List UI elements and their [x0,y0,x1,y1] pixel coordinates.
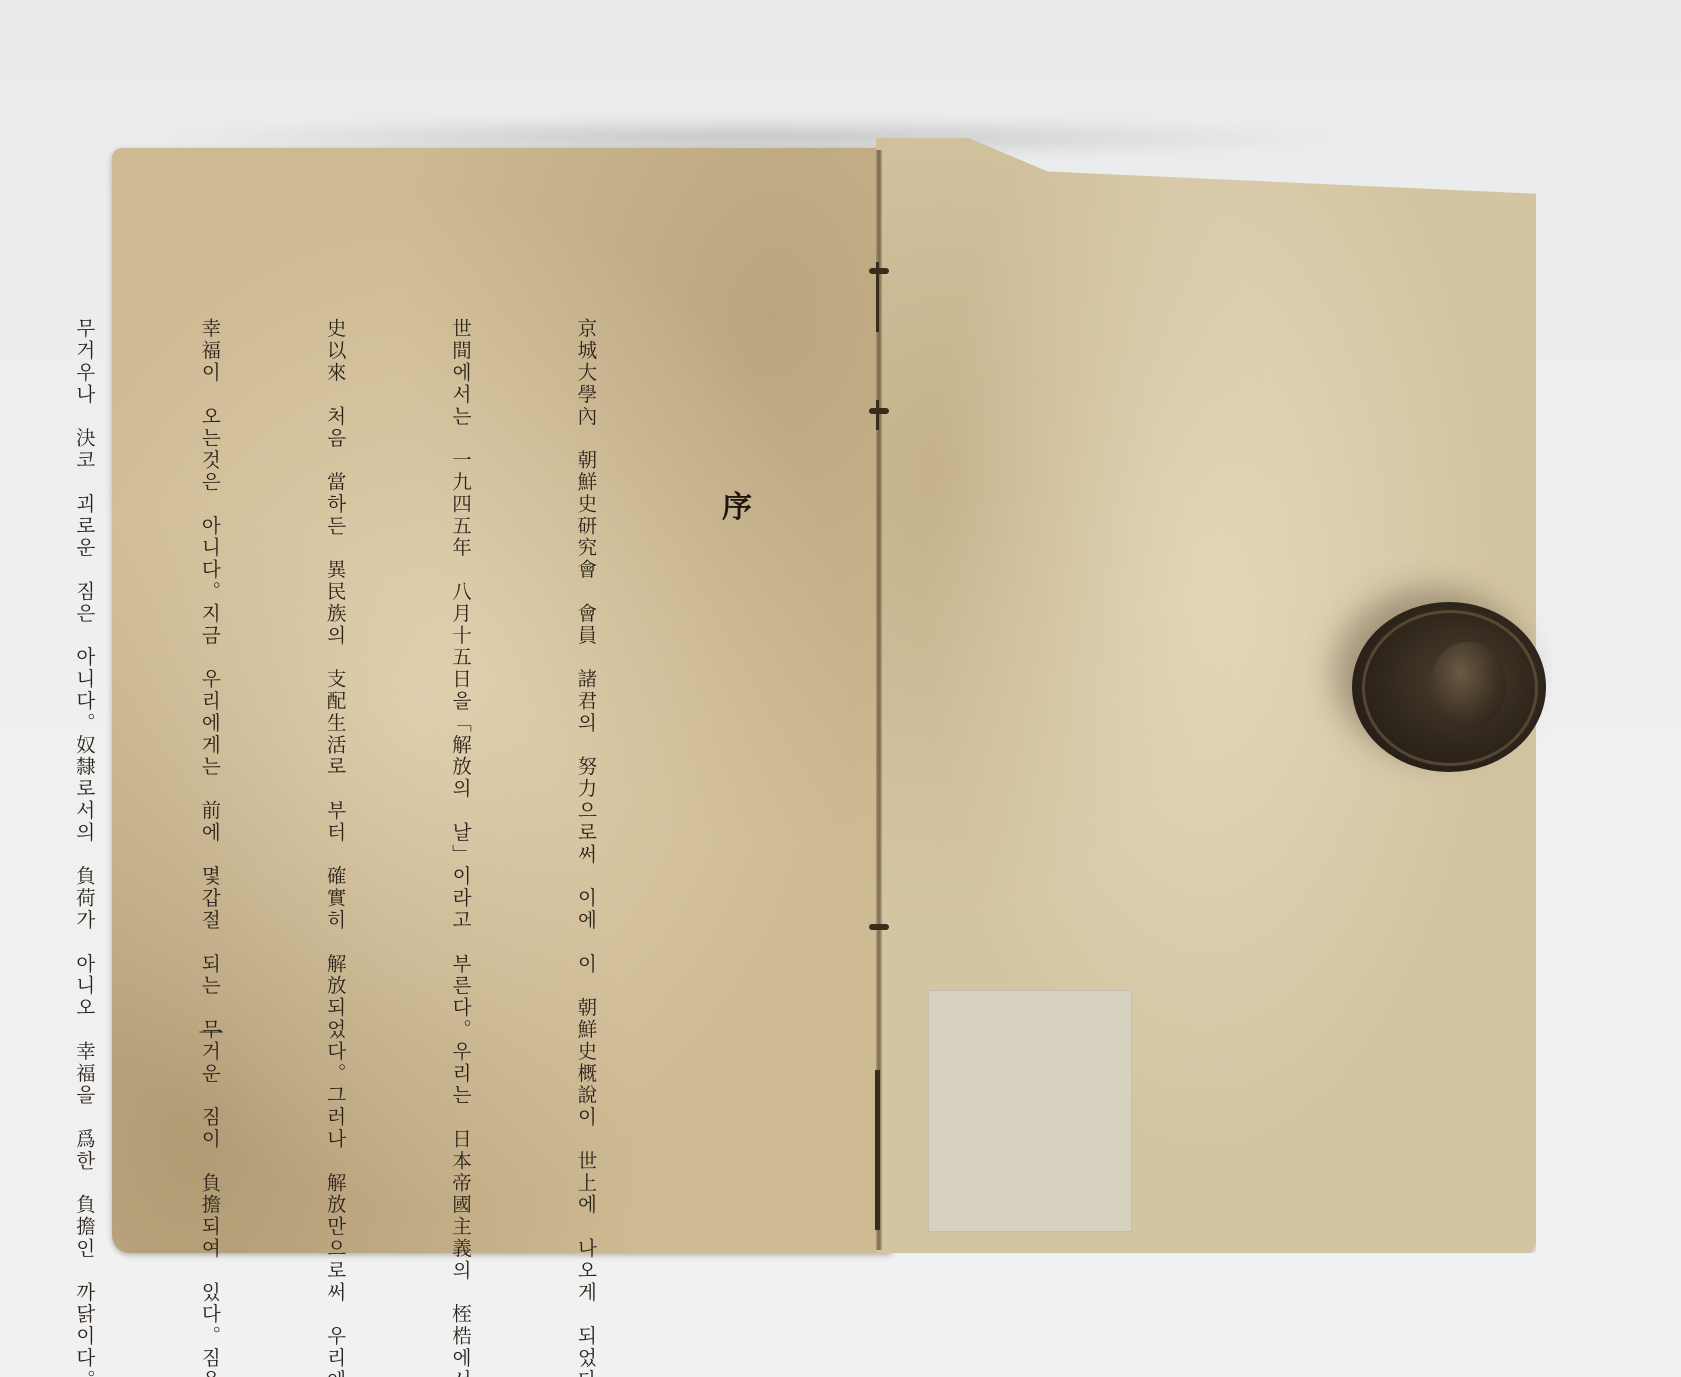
binding-stitch [869,268,889,274]
binding-stitch [869,408,889,414]
text-column: 京城大學內 朝鮮史研究會 會員 諸君의 努力으로써 이에 이 朝鮮史概說이 世上… [565,318,607,1178]
binding-thread [876,400,879,430]
text-column: 史以來 처음 當하든 異民族의 支配生活로 부터 確實히 解放되었다。그러나 解… [314,318,356,1178]
binding-stitch [869,924,889,930]
text-column: 무거우나 決코 괴로운 짐은 아니다。奴隸로서의 負荷가 아니오 幸福을 爲한 … [63,318,105,1178]
brass-weight [1352,602,1546,772]
binding-tear [875,1070,880,1230]
text-column: 世間에서는 一九四五年 八月十五日을「解放의 날」이라고 부른다。우리는 日本帝… [439,318,481,1178]
page-number: 一 [198,1014,224,1051]
weight-knob [1430,642,1506,730]
tape-patch [928,990,1132,1232]
preface-title: 序 [722,482,752,526]
preface-body: 京城大學內 朝鮮史研究會 會員 諸君의 努力으로써 이에 이 朝鮮史概說이 世上… [0,318,690,1178]
